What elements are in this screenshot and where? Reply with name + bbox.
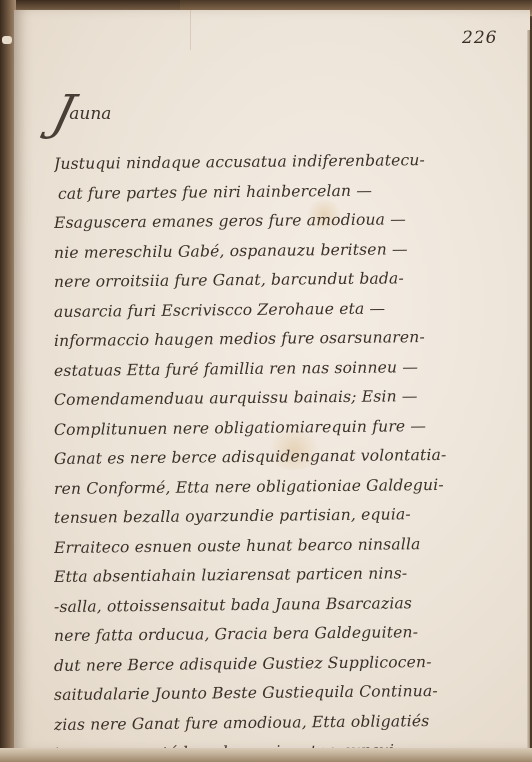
- text-line: nere orroitsiia fure Ganat, barcundut ba…: [54, 263, 532, 298]
- text-line: Ganat es nere berce adisquidenganat volo…: [54, 440, 532, 475]
- page-bottom-edge: [0, 748, 532, 762]
- salutation-rest: auna: [69, 104, 111, 124]
- text-line: tensuen bezalla oyarzundie partisian, eq…: [54, 499, 532, 534]
- text-line: nere fatta orducua, Gracia bera Galdegui…: [54, 617, 532, 652]
- paper-fold: [190, 10, 191, 50]
- text-line: Etta absentiahain luziarensat particen n…: [54, 558, 532, 593]
- page-number: 226: [462, 28, 497, 48]
- letter-body: Justuqui nindaque accusatua indiferenbat…: [54, 150, 532, 762]
- salutation: Jauna: [54, 88, 111, 124]
- page-right-edge: [527, 30, 530, 762]
- text-line: Justuqui nindaque accusatua indiferenbat…: [54, 145, 532, 180]
- manuscript-scan: 226 Jauna Justuqui nindaque accusatua in…: [0, 0, 532, 762]
- text-line: informaccio haugen medios fure osarsunar…: [54, 322, 532, 357]
- text-line: Esaguscera emanes geros fure amodioua —: [54, 204, 532, 239]
- binding-stitch: [2, 36, 12, 44]
- manuscript-page: 226 Jauna Justuqui nindaque accusatua in…: [14, 10, 530, 750]
- text-line: saitudalarie Jounto Beste Gustiequila Co…: [54, 676, 532, 711]
- text-line: Comendamenduau aurquissu bainais; Esin —: [54, 381, 532, 416]
